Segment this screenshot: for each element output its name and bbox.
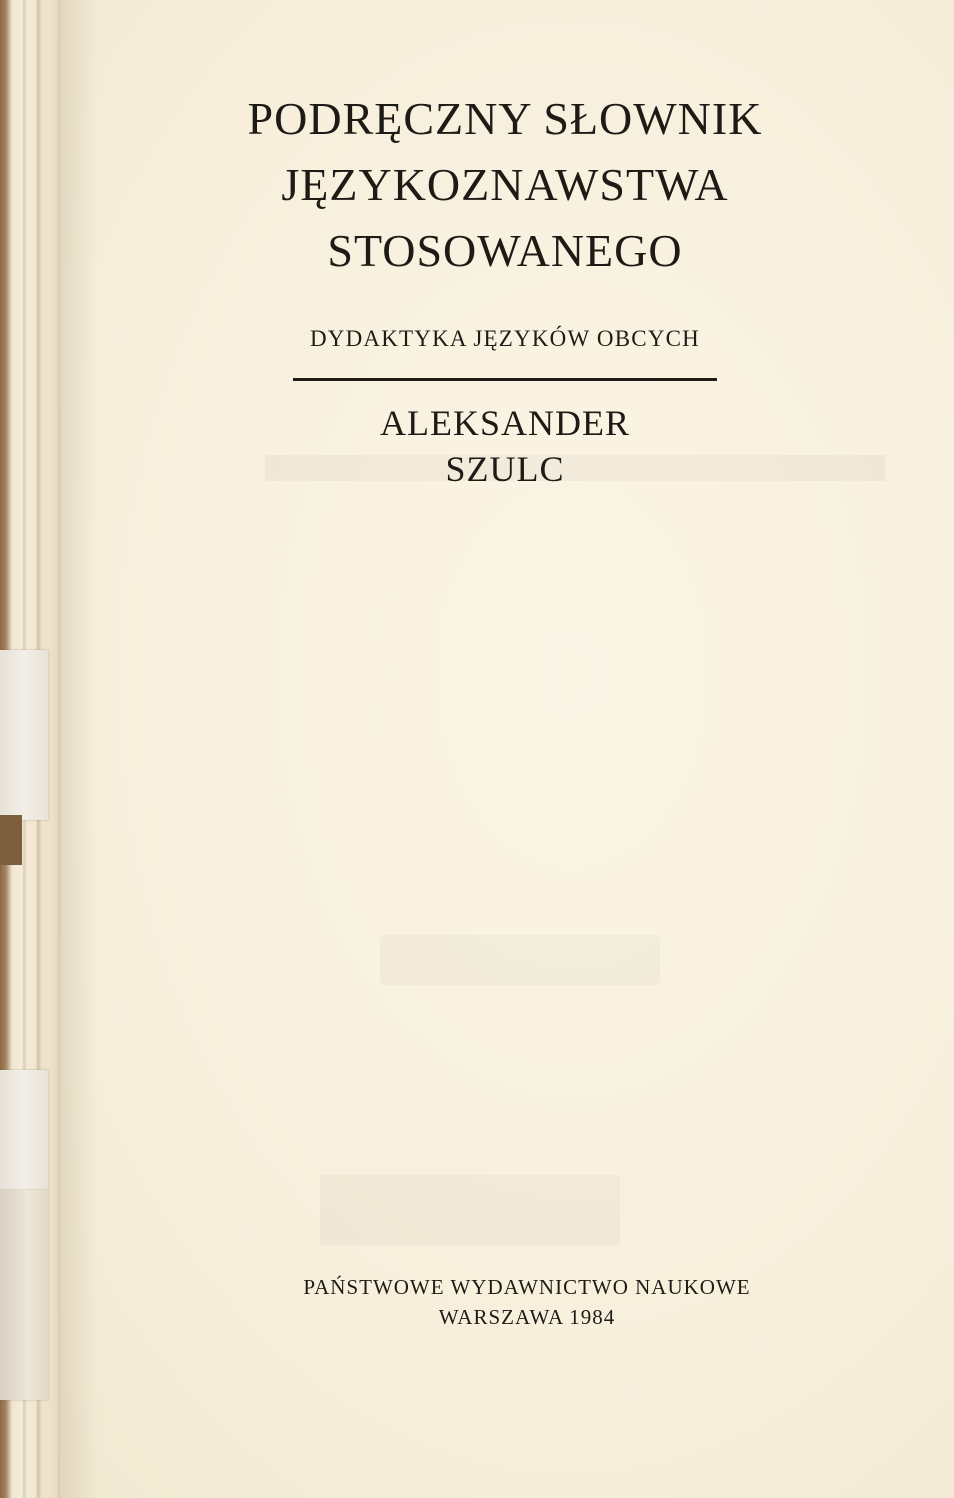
place-and-year: WARSZAWA 1984 [150, 1302, 904, 1332]
author-last-name: SZULC [150, 446, 860, 492]
show-through-bleed [380, 935, 660, 985]
publisher-name: PAŃSTWOWE WYDAWNICTWO NAUKOWE [150, 1272, 904, 1302]
scanned-page: PODRĘCZNY SŁOWNIK JĘZYKOZNAWSTWA STOSOWA… [0, 0, 954, 1498]
title-line-1: PODRĘCZNY SŁOWNIK [150, 86, 860, 152]
binding-tape [0, 1070, 48, 1190]
gutter-shadow [58, 0, 98, 1498]
author-first-name: ALEKSANDER [150, 400, 860, 446]
title-line-3: STOSOWANEGO [150, 218, 860, 284]
binding-tape [0, 650, 48, 820]
publisher-imprint: PAŃSTWOWE WYDAWNICTWO NAUKOWE WARSZAWA 1… [150, 1272, 904, 1332]
author-name: ALEKSANDER SZULC [150, 400, 860, 492]
book-subtitle: DYDAKTYKA JĘZYKÓW OBCYCH [150, 326, 860, 352]
book-title: PODRĘCZNY SŁOWNIK JĘZYKOZNAWSTWA STOSOWA… [150, 86, 860, 284]
binding-stain [0, 815, 22, 865]
show-through-bleed [320, 1175, 620, 1245]
title-line-2: JĘZYKOZNAWSTWA [150, 152, 860, 218]
binding-tape [0, 1190, 48, 1400]
divider-rule [293, 378, 717, 381]
